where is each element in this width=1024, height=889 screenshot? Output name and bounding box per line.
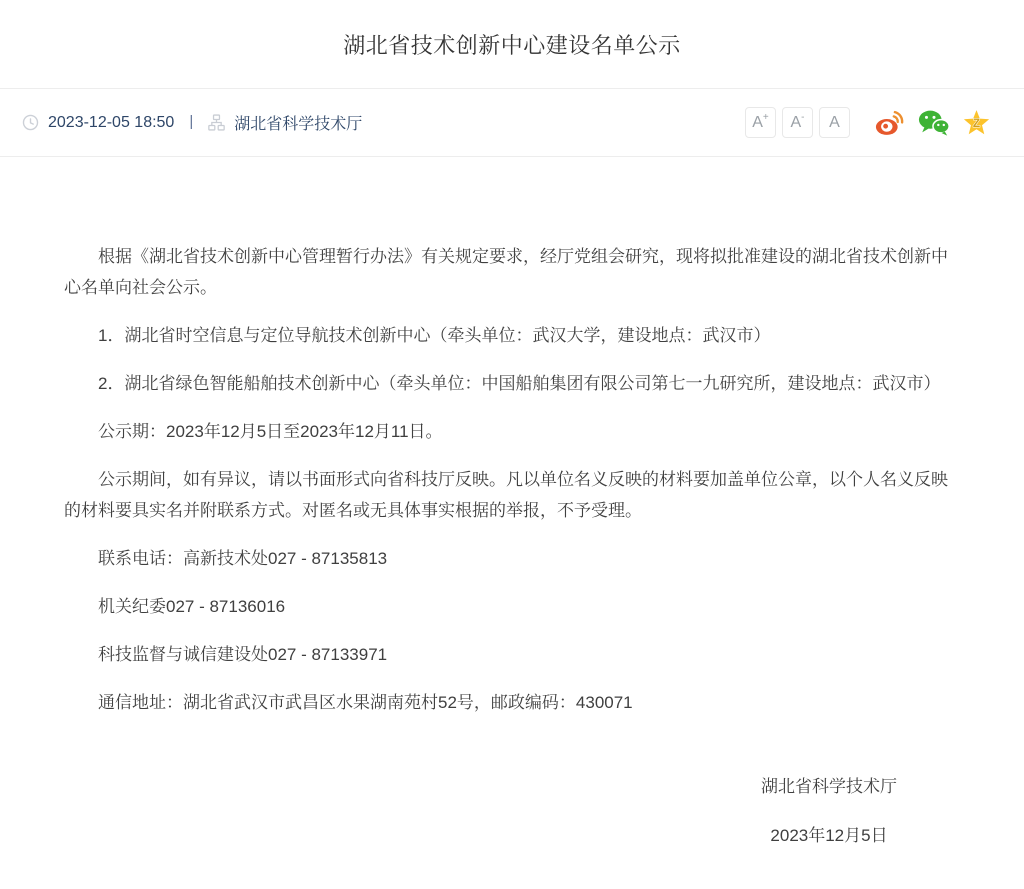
svg-text:Z: Z bbox=[973, 116, 980, 130]
wechat-share-icon[interactable] bbox=[918, 108, 950, 137]
article-paragraph: 2．湖北省绿色智能船舶技术创新中心（牵头单位：中国船舶集团有限公司第七一九研究所… bbox=[64, 368, 960, 399]
font-reset-button[interactable]: A bbox=[819, 107, 850, 138]
article-paragraph: 联系电话：高新技术处027 - 87135813 bbox=[64, 543, 960, 574]
meta-separator: | bbox=[189, 113, 193, 130]
weibo-share-icon[interactable] bbox=[874, 107, 905, 138]
signature-agency: 湖北省科学技术厅 bbox=[698, 771, 960, 802]
article-body: 根据《湖北省技术创新中心管理暂行办法》有关规定要求，经厅党组会研究，现将拟批准建… bbox=[0, 157, 1024, 851]
font-btn-sup: - bbox=[801, 113, 804, 123]
article-paragraph: 公示期：2023年12月5日至2023年12月11日。 bbox=[64, 416, 960, 447]
font-btn-label: A bbox=[790, 115, 801, 131]
meta-tools: A+ A- A bbox=[739, 107, 990, 138]
article-paragraph: 公示期间，如有异议，请以书面形式向省科技厅反映。凡以单位名义反映的材料要加盖单位… bbox=[64, 464, 960, 526]
article-paragraph: 根据《湖北省技术创新中心管理暂行办法》有关规定要求，经厅党组会研究，现将拟批准建… bbox=[64, 241, 960, 303]
font-increase-button[interactable]: A+ bbox=[745, 107, 776, 138]
meta-bar: 2023-12-05 18:50 | 湖北省科学技术厅 A+ A- A bbox=[0, 89, 1024, 157]
article-paragraphs: 根据《湖北省技术创新中心管理暂行办法》有关规定要求，经厅党组会研究，现将拟批准建… bbox=[64, 241, 960, 718]
qzone-share-icon[interactable]: Z bbox=[963, 109, 990, 136]
font-btn-sup: + bbox=[763, 113, 769, 123]
clock-icon bbox=[22, 114, 39, 131]
article-header: 湖北省技术创新中心建设名单公示 bbox=[0, 0, 1024, 89]
sitemap-icon bbox=[208, 114, 225, 131]
article-paragraph: 通信地址：湖北省武汉市武昌区水果湖南苑村52号，邮政编码：430071 bbox=[64, 687, 960, 718]
meta-info: 2023-12-05 18:50 | 湖北省科学技术厅 bbox=[22, 111, 362, 134]
font-btn-label: A bbox=[752, 115, 763, 131]
publish-date: 2023-12-05 18:50 bbox=[48, 114, 174, 132]
article-paragraph: 科技监督与诚信建设处027 - 87133971 bbox=[64, 639, 960, 670]
signature-date: 2023年12月5日 bbox=[698, 820, 960, 851]
article-paragraph: 机关纪委027 - 87136016 bbox=[64, 591, 960, 622]
article-page: 湖北省技术创新中心建设名单公示 2023-12-05 18:50 | 湖北 bbox=[0, 0, 1024, 889]
font-decrease-button[interactable]: A- bbox=[782, 107, 813, 138]
source-link[interactable]: 湖北省科学技术厅 bbox=[234, 111, 362, 134]
article-paragraph: 1．湖北省时空信息与定位导航技术创新中心（牵头单位：武汉大学，建设地点：武汉市） bbox=[64, 320, 960, 351]
signature-block: 湖北省科学技术厅 2023年12月5日 bbox=[698, 771, 960, 851]
page-title: 湖北省技术创新中心建设名单公示 bbox=[343, 29, 681, 60]
font-btn-label: A bbox=[829, 115, 840, 131]
